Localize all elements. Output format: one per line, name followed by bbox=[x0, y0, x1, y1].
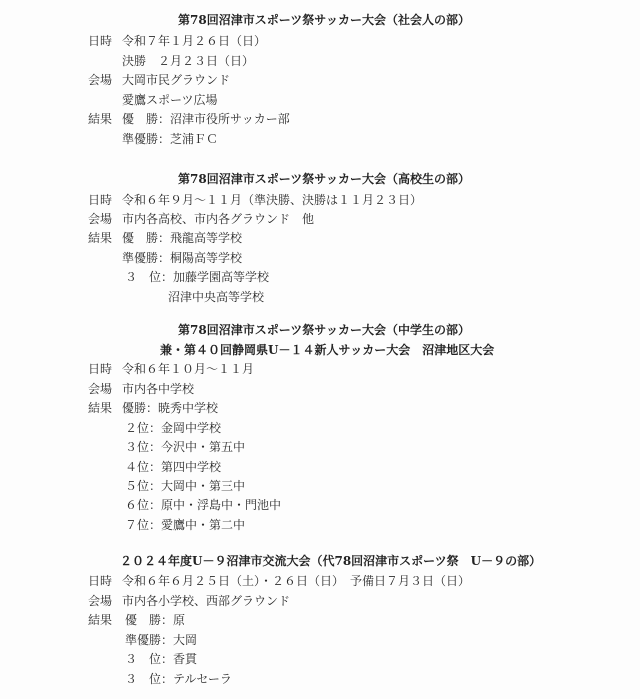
venue-label: 会場 bbox=[88, 72, 118, 88]
date-value: 令和６年６月２５日（土）・２６日（日） 予備日７月３日（日） bbox=[122, 573, 470, 589]
result-item: 準優勝：芝浦ＦＣ bbox=[122, 131, 218, 147]
result-label: 結果 bbox=[88, 612, 118, 628]
venue-value: 市内各小学校、西部グラウンド bbox=[122, 593, 290, 609]
result-item: 優 勝：沼津市役所サッカー部 bbox=[122, 111, 290, 127]
venue-label: 会場 bbox=[88, 593, 118, 609]
date-label: 日時 bbox=[88, 361, 118, 377]
result-item: 優勝：暁秀中学校 bbox=[122, 400, 218, 416]
venue-value: 大岡市民グラウンド bbox=[122, 72, 230, 88]
result-item: ３ 位：テルセーラ bbox=[125, 671, 232, 687]
section-title: ２０２４年度U－９沼津市交流大会（代78回沼津市スポーツ祭 U－９の部） bbox=[120, 553, 541, 569]
result-item: ７位：愛鷹中・第二中 bbox=[125, 517, 245, 533]
result-item: 優 勝：原 bbox=[125, 612, 185, 628]
section-subtitle: 兼・第４０回静岡県U－１４新人サッカー大会 沼津地区大会 bbox=[160, 342, 494, 358]
result-label: 結果 bbox=[88, 111, 118, 127]
date-label: 日時 bbox=[88, 33, 118, 49]
result-item: ６位：原中・浮島中・門池中 bbox=[125, 497, 281, 513]
final-date-value: 決勝 ２月２３日（日） bbox=[122, 53, 254, 69]
venue-value: 市内各高校、市内各グラウンド 他 bbox=[122, 211, 314, 227]
result-item: ３ 位：加藤学園高等学校 bbox=[125, 269, 269, 285]
date-value: 令和７年１月２６日（日） bbox=[122, 33, 266, 49]
section-title: 第78回沼津市スポーツ祭サッカー大会（社会人の部） bbox=[178, 12, 470, 28]
result-label: 結果 bbox=[88, 400, 118, 416]
result-item: 準優勝：桐陽高等学校 bbox=[122, 250, 242, 266]
result-item: ３ 位：香貫 bbox=[125, 651, 197, 667]
venue-label: 会場 bbox=[88, 381, 118, 397]
date-value: 令和６年１０月～１１月 bbox=[122, 361, 254, 377]
result-item: ２位：金岡中学校 bbox=[125, 420, 221, 436]
date-value: 令和６年９月～１１月（準決勝、決勝は１１月２３日） bbox=[122, 192, 422, 208]
result-item: ４位：第四中学校 bbox=[125, 459, 221, 475]
venue-label: 会場 bbox=[88, 211, 118, 227]
result-item: 優 勝：飛龍高等学校 bbox=[122, 230, 242, 246]
section-title: 第78回沼津市スポーツ祭サッカー大会（中学生の部） bbox=[178, 322, 470, 338]
date-label: 日時 bbox=[88, 573, 118, 589]
document-page: 第78回沼津市スポーツ祭サッカー大会（社会人の部） 日時 令和７年１月２６日（日… bbox=[0, 0, 640, 699]
section-title: 第78回沼津市スポーツ祭サッカー大会（高校生の部） bbox=[178, 171, 470, 187]
result-item: ５位：大岡中・第三中 bbox=[125, 478, 245, 494]
venue-value: 愛鷹スポーツ広場 bbox=[122, 92, 218, 108]
venue-value: 市内各中学校 bbox=[122, 381, 194, 397]
result-item: ３位：今沢中・第五中 bbox=[125, 439, 245, 455]
date-label: 日時 bbox=[88, 192, 118, 208]
result-item: 準優勝：大岡 bbox=[125, 632, 197, 648]
result-label: 結果 bbox=[88, 230, 118, 246]
result-item: 沼津中央高等学校 bbox=[168, 289, 264, 305]
